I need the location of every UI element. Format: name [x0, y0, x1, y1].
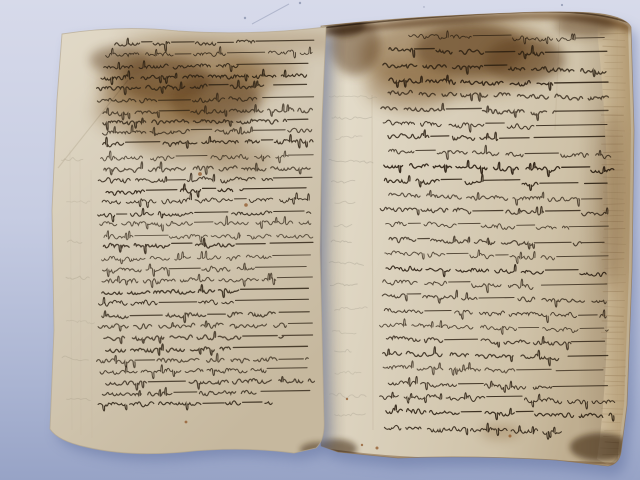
rust-spot [198, 172, 202, 176]
page-edge-line [604, 360, 625, 361]
ink-stain [485, 38, 565, 82]
page-edge-line [601, 408, 623, 409]
page-edge-line [602, 338, 625, 339]
backdrop-speck [299, 2, 301, 4]
rust-spot [185, 421, 188, 424]
manuscript-scene [0, 0, 640, 480]
ink-stain [555, 13, 615, 37]
ink-stain [480, 424, 520, 440]
manuscript-photo [0, 0, 640, 480]
backdrop-speck [561, 4, 563, 6]
page-edge-line [603, 90, 626, 91]
backdrop-speck [244, 17, 246, 19]
rust-spot [361, 444, 363, 446]
backdrop-speck [423, 6, 424, 7]
page-edge-line [605, 344, 624, 345]
rust-spot [244, 203, 248, 207]
rust-spot [509, 435, 512, 438]
ink-stain [90, 46, 150, 74]
rust-spot [376, 447, 379, 450]
rust-spot [346, 398, 348, 400]
